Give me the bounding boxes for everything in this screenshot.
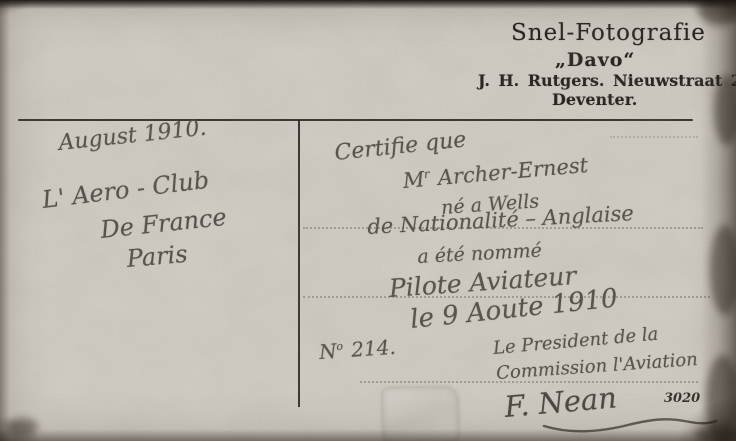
tape-remnant xyxy=(383,387,459,441)
studio-name: Snel-Fotografie xyxy=(511,20,706,46)
number-value: 214. xyxy=(350,335,396,362)
number-superscript: o xyxy=(336,340,344,353)
pilot-name-line: MrArcher-Ernest xyxy=(402,153,589,193)
edge-stain xyxy=(710,225,736,315)
honorific-superscript: r xyxy=(423,167,430,181)
club-line-2: De France xyxy=(99,203,228,244)
header-rule xyxy=(18,119,693,121)
edge-stain xyxy=(6,418,38,436)
city-line: Deventer. xyxy=(552,90,637,109)
pilot-name: Archer-Ernest xyxy=(437,153,589,190)
number-label: N xyxy=(318,339,337,364)
catalog-number: 3020 xyxy=(664,391,700,406)
address-line: J. H. Rutgers. Nieuwstraat 26 xyxy=(478,71,736,90)
edge-stain xyxy=(706,355,736,441)
honorific: M xyxy=(402,167,426,193)
dotted-guide-line xyxy=(610,136,698,138)
brand-name: „Davo“ xyxy=(555,49,635,71)
postcard-back: Snel-Fotografie „Davo“ J. H. Rutgers. Ni… xyxy=(0,0,736,441)
club-line-3: Paris xyxy=(126,240,189,273)
certificate-number: No214. xyxy=(318,335,396,364)
handwritten-date: August 1910. xyxy=(57,116,207,156)
edge-stain xyxy=(695,424,736,441)
certifies-line: Certifie que xyxy=(333,127,467,166)
column-divider xyxy=(298,120,300,407)
signature: F. Nean xyxy=(503,380,618,424)
